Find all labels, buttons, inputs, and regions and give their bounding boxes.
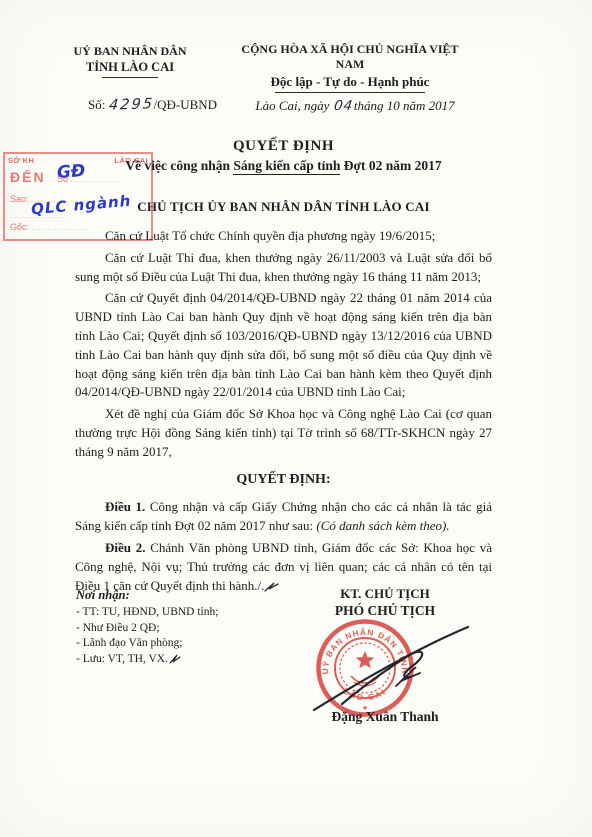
recital-paragraph: Căn cứ Luật Thi đua, khen thưởng ngày 26… bbox=[75, 249, 492, 287]
signer-title-kt: KT. CHỦ TỊCH bbox=[299, 586, 471, 602]
document-body: Căn cứ Luật Tổ chức Chính quyền địa phươ… bbox=[75, 227, 492, 598]
document-number-label: Số: bbox=[88, 97, 105, 112]
order-heading: QUYẾT ĐỊNH: bbox=[75, 471, 492, 490]
signer-title-block: KT. CHỦ TỊCH PHÓ CHỦ TỊCH bbox=[299, 586, 471, 619]
recital-paragraph: Xét đề nghị của Giám đốc Sở Khoa học và … bbox=[75, 405, 492, 461]
article-1-note: (Có danh sách kèm theo). bbox=[316, 518, 449, 533]
dateline-day-handwritten: 04 bbox=[333, 98, 354, 114]
subtitle-underlined: Sáng kiến cấp tỉnh bbox=[233, 158, 340, 175]
signer-name: Đặng Xuân Thanh bbox=[299, 709, 471, 725]
scanned-decision-document: UỶ BAN NHÂN DÂN TỈNH LÀO CAI Số: 4295/QĐ… bbox=[0, 0, 592, 837]
recipient-item-text: - Lưu: VT, TH, VX. bbox=[76, 653, 168, 665]
recipients-label: Nơi nhận: bbox=[76, 588, 218, 603]
motto-underline bbox=[275, 92, 425, 93]
document-number-suffix: /QĐ-UBND bbox=[154, 97, 218, 112]
recipient-item: - Như Điều 2 QĐ; bbox=[76, 621, 218, 637]
national-motto: Độc lập - Tự do - Hạnh phúc bbox=[228, 74, 472, 90]
subtitle-post: Đợt 02 năm 2017 bbox=[344, 158, 442, 173]
dateline-pre: Lào Cai, ngày bbox=[255, 98, 329, 113]
recipient-item: - Lưu: VT, TH, VX. bbox=[76, 652, 218, 668]
issuer-heading: CHỦ TỊCH ỦY BAN NHÂN DÂN TỈNH LÀO CAI bbox=[75, 199, 492, 215]
arrival-stamp-den-label: ĐẾN bbox=[10, 169, 46, 185]
issuing-org-block: UỶ BAN NHÂN DÂN TỈNH LÀO CAI bbox=[50, 44, 210, 78]
dateline-post: tháng 10 năm 2017 bbox=[354, 98, 455, 113]
recipients-block: Nơi nhận: - TT: TU, HĐND, UBND tỉnh; - N… bbox=[76, 588, 218, 667]
signer-title-pho: PHÓ CHỦ TỊCH bbox=[299, 603, 471, 619]
signature-stroke bbox=[308, 620, 476, 715]
document-subtitle: Về việc công nhận Sáng kiến cấp tỉnh Đợt… bbox=[75, 158, 492, 174]
issuing-org-name: UỶ BAN NHÂN DÂN bbox=[50, 44, 210, 59]
arrival-stamp-goc-label: Gốc: bbox=[10, 222, 29, 232]
issuing-org-province: TỈNH LÀO CAI bbox=[50, 60, 210, 75]
subtitle-pre: Về việc công nhận bbox=[125, 158, 230, 173]
org-underline bbox=[102, 77, 158, 78]
recital-paragraph: Căn cứ Luật Tổ chức Chính quyền địa phươ… bbox=[75, 227, 492, 246]
recital-paragraph: Căn cứ Quyết định 04/2014/QĐ-UBND ngày 2… bbox=[75, 289, 492, 402]
national-header-block: CỘNG HÒA XÃ HỘI CHỦ NGHĨA VIỆT NAM Độc l… bbox=[228, 42, 472, 93]
place-dateline: Lào Cai, ngày 04tháng 10 năm 2017 bbox=[238, 98, 472, 114]
article-1-paragraph: Điều 1. Công nhận và cấp Giấy Chứng nhận… bbox=[75, 498, 492, 536]
dotted-leader: ........ bbox=[96, 175, 122, 184]
arrival-stamp-org-left: SỞ KH bbox=[8, 156, 34, 165]
arrival-stamp-sao-label: Sao: bbox=[10, 194, 29, 204]
document-number-handwritten: 4295 bbox=[108, 96, 155, 114]
recipient-item: - Lãnh đạo Văn phòng; bbox=[76, 636, 218, 652]
handwritten-checkmark bbox=[168, 653, 182, 665]
handwritten-flourish-mark bbox=[264, 581, 280, 593]
article-2-label: Điều 2. bbox=[105, 540, 145, 555]
national-title: CỘNG HÒA XÃ HỘI CHỦ NGHĨA VIỆT NAM bbox=[228, 42, 472, 72]
title-block: QUYẾT ĐỊNH Về việc công nhận Sáng kiến c… bbox=[75, 138, 492, 174]
document-number: Số: 4295/QĐ-UBND bbox=[88, 97, 217, 113]
document-title: QUYẾT ĐỊNH bbox=[75, 138, 492, 155]
article-1-label: Điều 1. bbox=[105, 499, 145, 514]
recipient-item: - TT: TU, HĐND, UBND tỉnh; bbox=[76, 605, 218, 621]
